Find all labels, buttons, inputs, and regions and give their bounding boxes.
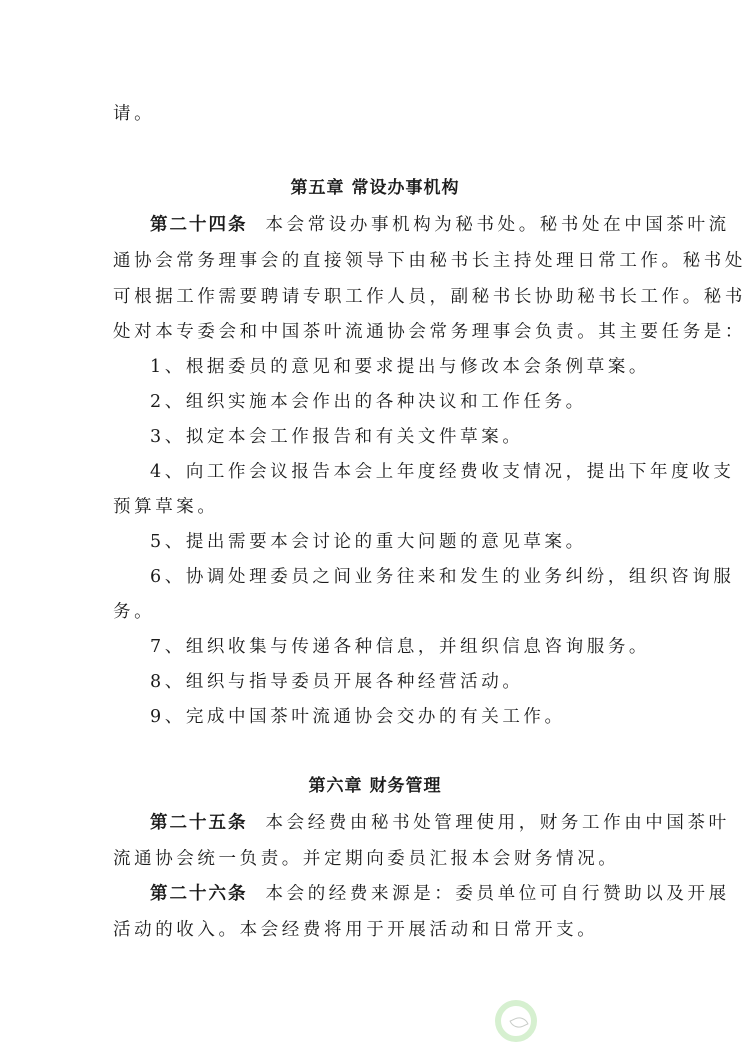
article-text: 本会经费由秘书处管理使用，财务工作由中国茶叶 <box>266 813 730 833</box>
task-item-4: 4、向工作会议报告本会上年度经费收支情况，提出下年度收支 <box>150 458 734 483</box>
task-item-1: 1、根据委员的意见和要求提出与修改本会条例草案。 <box>150 353 650 378</box>
task-item-8: 8、组织与指导委员开展各种经营活动。 <box>150 668 523 693</box>
tea-leaf-logo <box>495 1000 537 1042</box>
task-item-3: 3、拟定本会工作报告和有关文件草案。 <box>150 423 523 448</box>
paragraph-continuation: 请。 <box>113 100 155 125</box>
task-item-2: 2、组织实施本会作出的各种决议和工作任务。 <box>150 388 587 413</box>
article-text: 本会常设办事机构为秘书处。秘书处在中国茶叶流 <box>266 215 730 235</box>
article-24-line-2: 通协会常务理事会的直接领导下由秘书长主持处理日常工作。秘书处 <box>113 247 746 272</box>
task-item-6-cont: 务。 <box>113 598 155 623</box>
article-number: 第二十四条 <box>150 215 248 235</box>
article-26-line-1: 第二十六条本会的经费来源是：委员单位可自行赞助以及开展 <box>150 880 730 905</box>
task-item-7: 7、组织收集与传递各种信息，并组织信息咨询服务。 <box>150 633 650 658</box>
article-26-line-2: 活动的收入。本会经费将用于开展活动和日常开支。 <box>113 916 598 941</box>
article-text: 本会的经费来源是：委员单位可自行赞助以及开展 <box>266 884 730 904</box>
article-number: 第二十五条 <box>150 813 248 833</box>
tea-leaf-icon <box>509 1014 528 1031</box>
article-number: 第二十六条 <box>150 884 248 904</box>
chapter-heading-5: 第五章 常设办事机构 <box>0 173 750 198</box>
task-item-9: 9、完成中国茶叶流通协会交办的有关工作。 <box>150 703 566 728</box>
task-item-5: 5、提出需要本会讨论的重大问题的意见草案。 <box>150 528 587 553</box>
article-24-line-3: 可根据工作需要聘请专职工作人员，副秘书长协助秘书长工作。秘书 <box>113 283 746 308</box>
article-25-line-1: 第二十五条本会经费由秘书处管理使用，财务工作由中国茶叶 <box>150 809 730 834</box>
article-25-line-2: 流通协会统一负责。并定期向委员汇报本会财务情况。 <box>113 845 619 870</box>
chapter-heading-6: 第六章 财务管理 <box>0 771 750 796</box>
task-item-6: 6、协调处理委员之间业务往来和发生的业务纠纷，组织咨询服 <box>150 563 734 588</box>
task-item-4-cont: 预算草案。 <box>113 493 219 518</box>
article-24-line-1: 第二十四条本会常设办事机构为秘书处。秘书处在中国茶叶流 <box>150 211 730 236</box>
article-24-line-4: 处对本专委会和中国茶叶流通协会常务理事会负责。其主要任务是： <box>113 318 746 343</box>
